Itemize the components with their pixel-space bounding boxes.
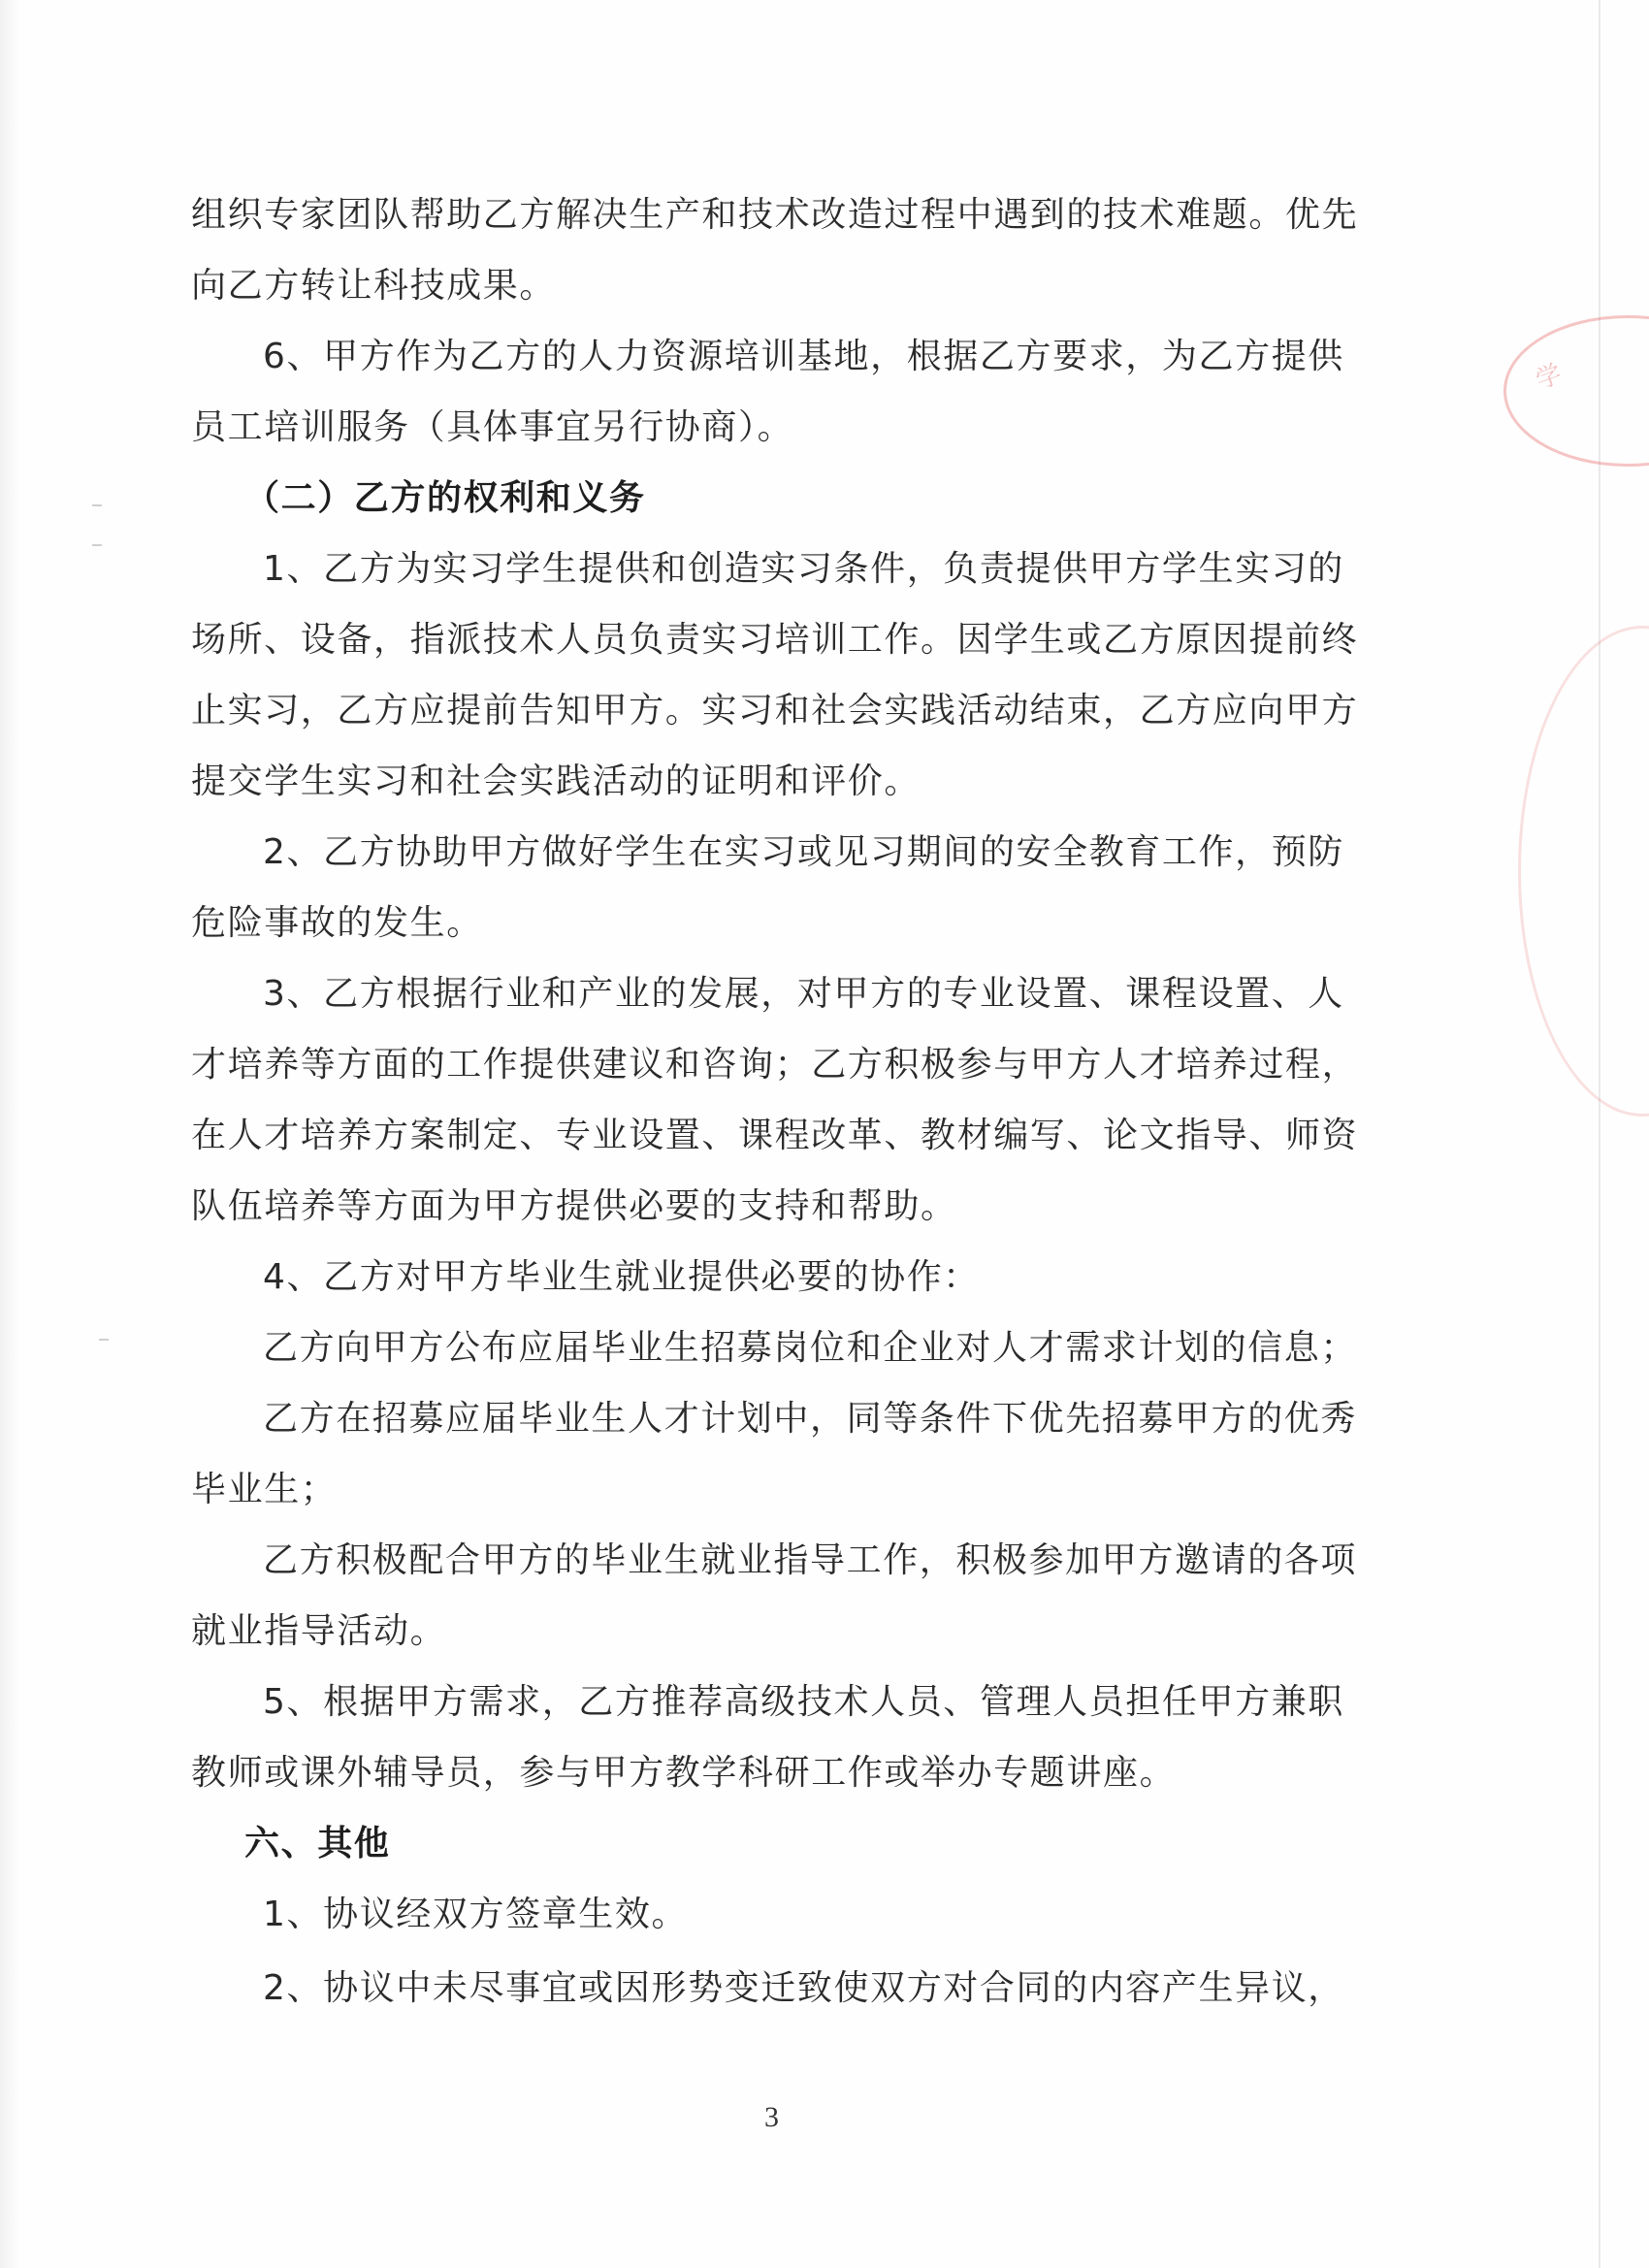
scan-shadow — [0, 0, 19, 2268]
text-line: 组织专家团队帮助乙方解决生产和技术改造过程中遇到的技术难题。优先 — [191, 194, 1358, 237]
margin-mark — [99, 1339, 109, 1341]
text-line: 1、协议经双方签章生效。 — [263, 1894, 688, 1936]
text-line: 队伍培养等方面为甲方提供必要的支持和帮助。 — [191, 1185, 957, 1228]
margin-mark — [92, 544, 102, 546]
text-line: 2、乙方协助甲方做好学生在实习或见习期间的安全教育工作，预防 — [263, 831, 1344, 874]
text-line: 场所、设备，指派技术人员负责实习培训工作。因学生或乙方原因提前终 — [191, 619, 1358, 662]
red-seal-stamp-fragment: 学 — [1503, 315, 1649, 467]
text-line: 1、乙方为实习学生提供和创造实习条件，负责提供甲方学生实习的 — [263, 548, 1344, 591]
text-line: 在人才培养方案制定、专业设置、课程改革、教材编写、论文指导、师资 — [191, 1115, 1358, 1157]
text-line: 提交学生实习和社会实践活动的证明和评价。 — [191, 761, 921, 803]
text-line: 教师或课外辅导员，参与甲方教学科研工作或举办专题讲座。 — [191, 1752, 1176, 1795]
text-line: 危险事故的发生。 — [191, 902, 483, 945]
text-line: 3、乙方根据行业和产业的发展，对甲方的专业设置、课程设置、人 — [263, 973, 1344, 1016]
text-line: 才培养等方面的工作提供建议和咨询；乙方积极参与甲方人才培养过程， — [191, 1044, 1358, 1086]
margin-mark — [92, 504, 102, 506]
text-line: 员工培训服务（具体事宜另行协商）。 — [191, 406, 793, 449]
text-line: 乙方在招募应届毕业生人才计划中，同等条件下优先招募甲方的优秀 — [263, 1398, 1357, 1441]
stamp-text: 学 — [1530, 354, 1566, 397]
text-line: 向乙方转让科技成果。 — [191, 265, 556, 308]
text-line: 就业指导活动。 — [191, 1610, 446, 1653]
scanned-document-page: 学 组织专家团队帮助乙方解决生产和技术改造过程中遇到的技术难题。优先 向乙方转让… — [0, 0, 1649, 2268]
text-line: 5、根据甲方需求，乙方推荐高级技术人员、管理人员担任甲方兼职 — [263, 1681, 1344, 1724]
text-line: 乙方向甲方公布应届毕业生招募岗位和企业对人才需求计划的信息； — [263, 1327, 1357, 1370]
text-line: 毕业生； — [191, 1469, 337, 1511]
page-number: 3 — [764, 2101, 779, 2134]
text-line: 2、协议中未尽事宜或因形势变迁致使双方对合同的内容产生异议， — [263, 1967, 1344, 2010]
red-seal-stamp-fragment-faint — [1518, 626, 1649, 1117]
text-line: 4、乙方对甲方毕业生就业提供必要的协作： — [263, 1256, 980, 1299]
text-line: 乙方积极配合甲方的毕业生就业指导工作，积极参加甲方邀请的各项 — [263, 1539, 1357, 1582]
text-line: 6、甲方作为乙方的人力资源培训基地，根据乙方要求，为乙方提供 — [263, 336, 1344, 378]
text-line: 止实习，乙方应提前告知甲方。实习和社会实践活动结束，乙方应向甲方 — [191, 690, 1358, 732]
section-heading-party-b-rights: （二）乙方的权利和义务 — [244, 477, 646, 520]
section-heading-other: 六、其他 — [244, 1823, 390, 1865]
